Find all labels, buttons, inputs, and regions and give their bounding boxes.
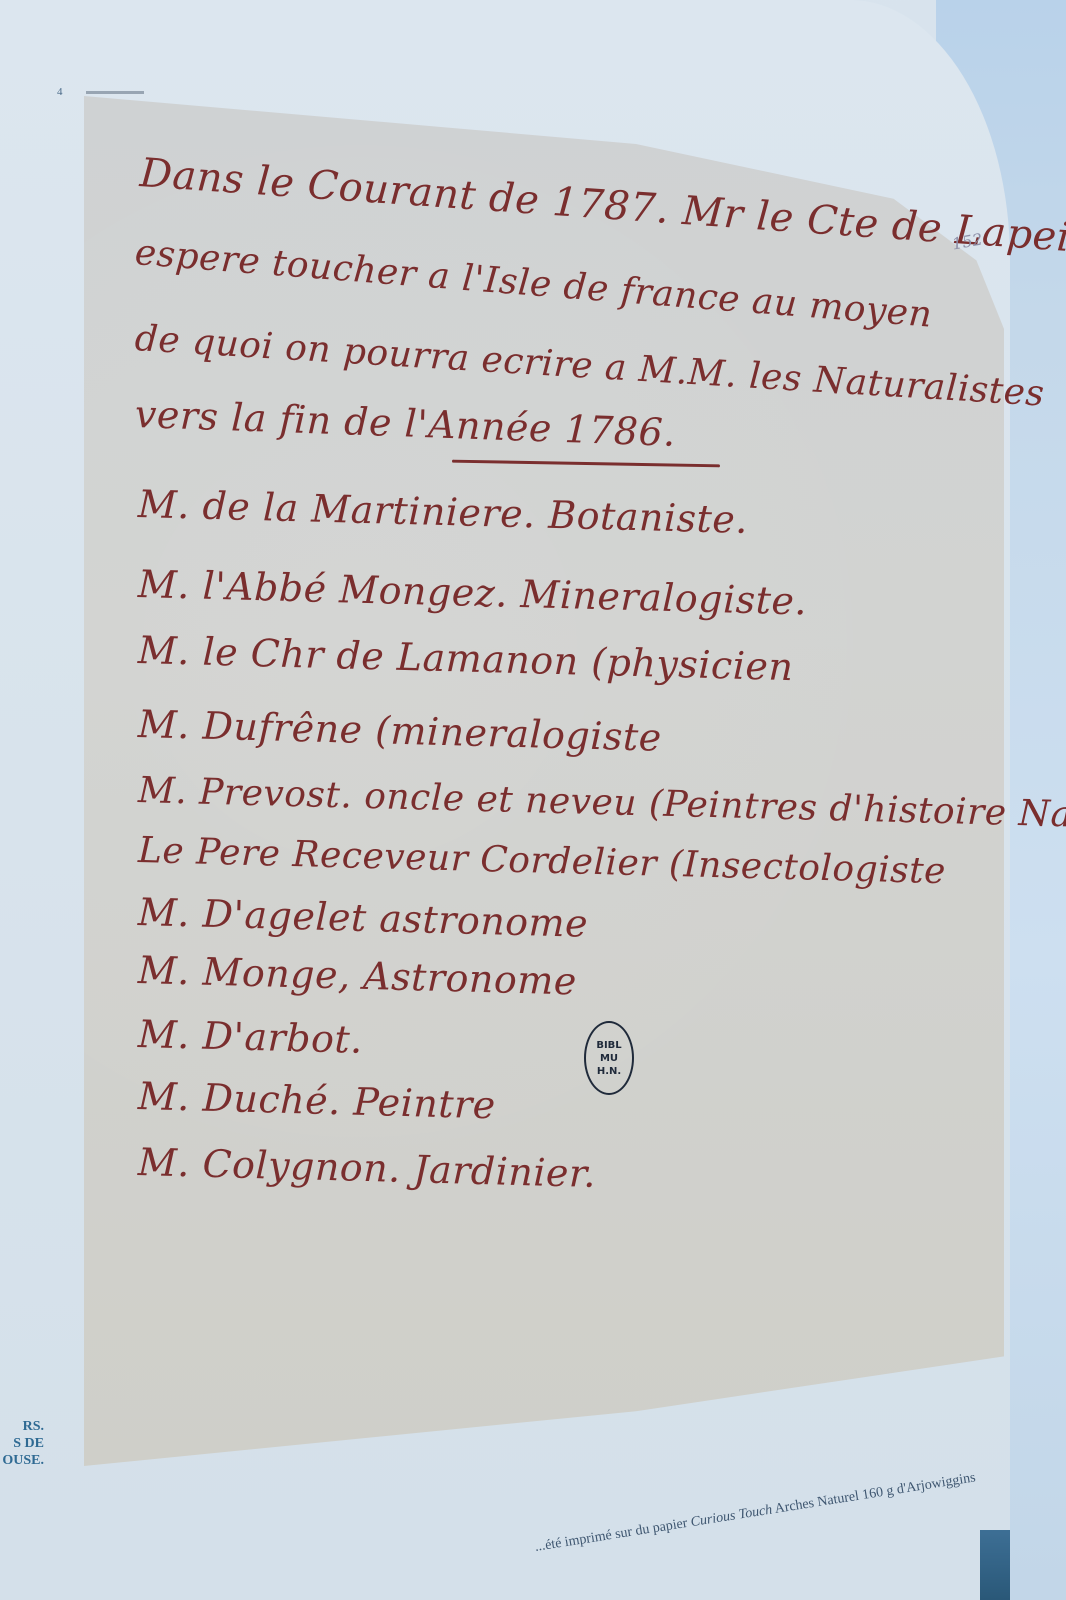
figure-caption: RS. S DE OUSE. [0, 1418, 44, 1469]
stamp-line: H.N. [597, 1065, 621, 1078]
caption-line: RS. [0, 1418, 44, 1435]
caption-line: S DE [0, 1435, 44, 1452]
stamp-line: MU [600, 1052, 618, 1065]
library-stamp-icon: BIBL MU H.N. [584, 1021, 634, 1095]
running-head [86, 91, 144, 94]
cover-edge [980, 1530, 1010, 1600]
page-number: 4 [57, 86, 63, 98]
naturalist-entry: M. Duché. Peintre [137, 1074, 496, 1127]
caption-line: OUSE. [0, 1452, 44, 1469]
stamp-line: BIBL [596, 1039, 621, 1052]
naturalist-entry: M. D'arbot. [137, 1012, 363, 1062]
